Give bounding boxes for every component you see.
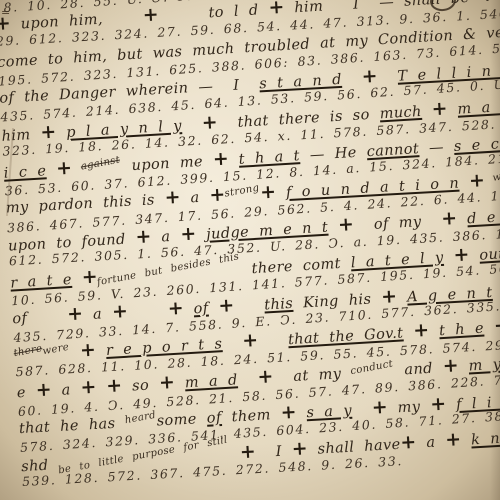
line-segment: of (12, 308, 68, 327)
line-segment: most wel- (495, 0, 500, 5)
plus-mark: + (445, 428, 462, 451)
line-segment: so (122, 377, 160, 395)
line-segment: e (16, 384, 36, 401)
plus-mark: + (441, 207, 458, 230)
plus-mark: + (56, 156, 73, 179)
line-segment: i c e (3, 163, 46, 181)
plus-mark: + (257, 365, 274, 388)
plus-mark: + (242, 329, 259, 352)
plus-mark: + (218, 294, 235, 317)
line-segment: of (206, 410, 222, 427)
plus-mark: + (260, 181, 277, 204)
line-segment (237, 371, 258, 388)
line-segment: a (416, 434, 446, 452)
plus-mark: + (80, 376, 97, 399)
line-segment: k n i f e (471, 428, 500, 449)
plus-mark: + (111, 300, 128, 323)
line-segment: of (193, 300, 209, 317)
manuscript-page: = 18. 10. 28. 55. U. Ↄ. 59. 36. 6. 65. 4… (0, 0, 500, 500)
line-segment (127, 302, 168, 320)
plus-mark: + (158, 371, 175, 394)
plus-mark: + (413, 319, 430, 342)
plus-mark: + (400, 431, 417, 454)
plus-mark: + (493, 314, 500, 337)
plus-mark: + (164, 186, 181, 209)
plus-mark: + (167, 297, 184, 320)
line-segment: a (180, 190, 210, 208)
line-segment: were (41, 339, 71, 362)
line-segment: a (83, 306, 113, 324)
manuscript: 18. 10. 28. 55. U. Ↄ. 59. 36. 6. 65. 45.… (0, 0, 500, 493)
line-segment: a (51, 382, 81, 400)
plus-mark: + (35, 379, 52, 402)
plus-mark: + (212, 147, 229, 170)
line-segment: heard (123, 407, 157, 431)
line-segment: there (12, 341, 44, 364)
line-segment: d e s p e (467, 206, 500, 227)
plus-mark: + (431, 97, 448, 120)
plus-mark: + (106, 374, 123, 397)
plus-mark: + (67, 302, 84, 325)
